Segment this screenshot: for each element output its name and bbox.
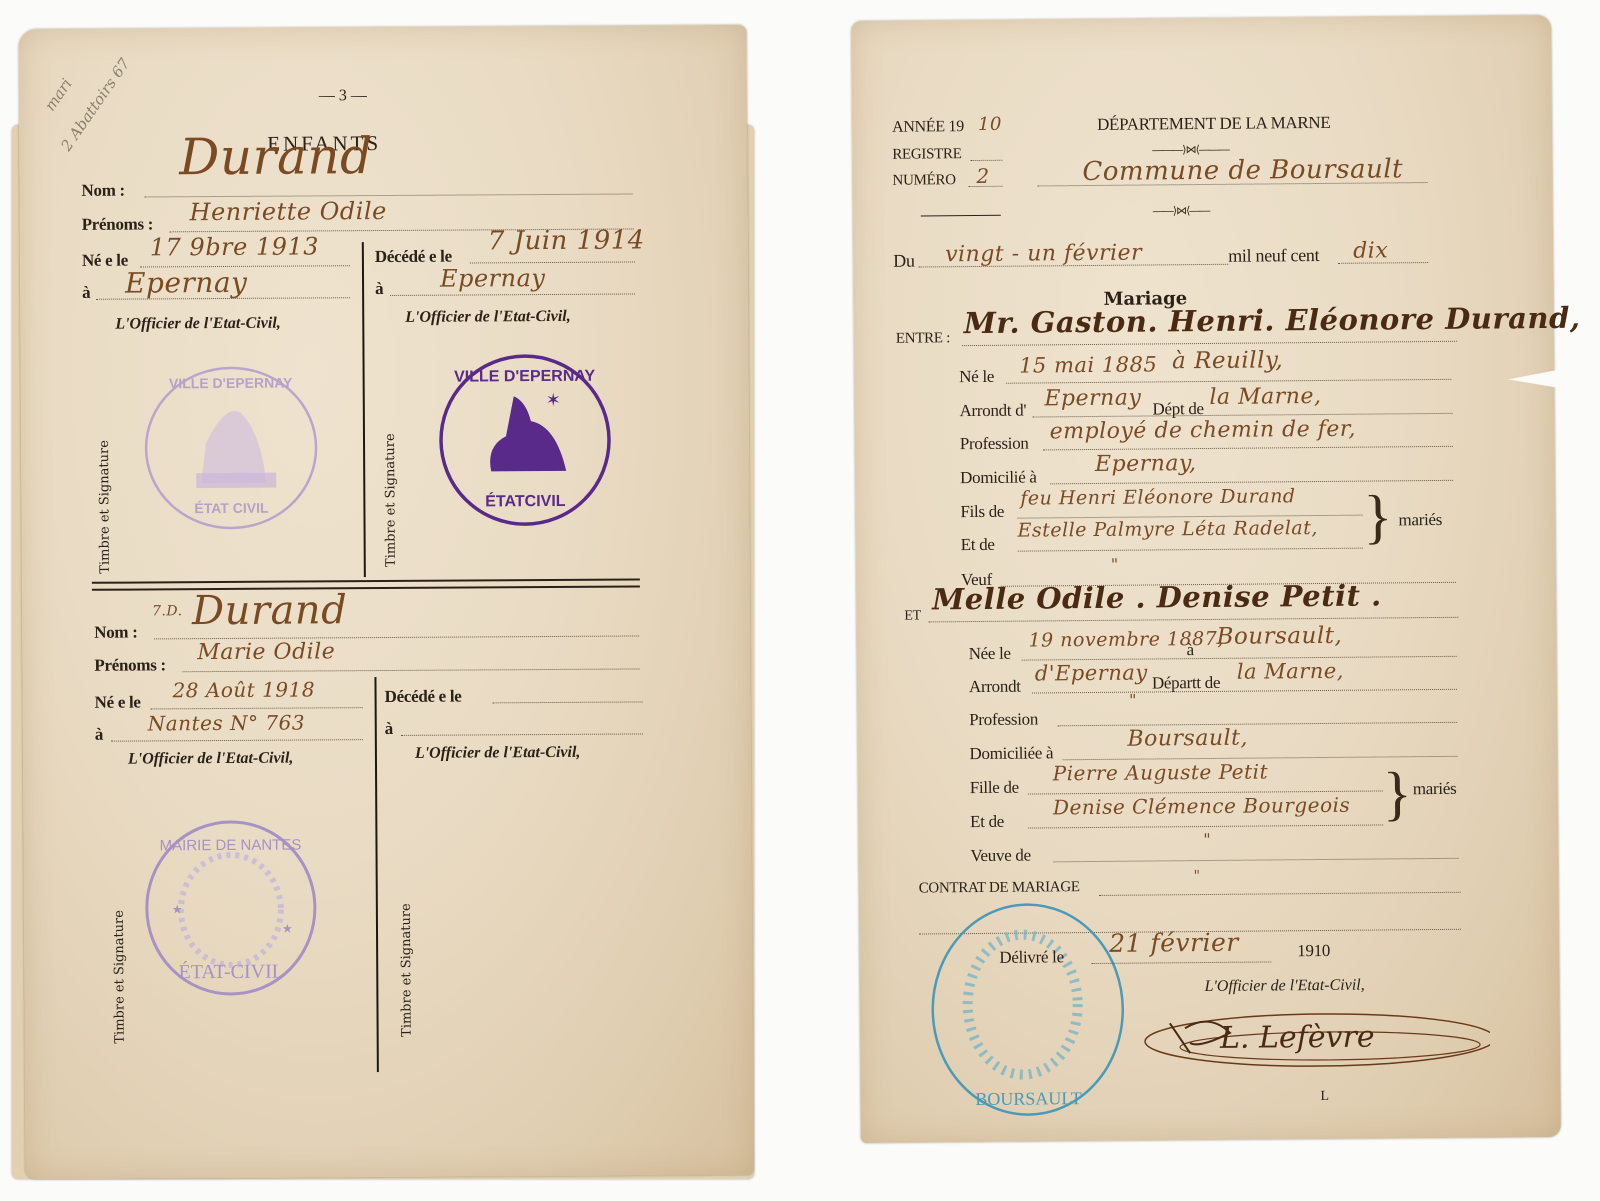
decede-le-line: [470, 261, 635, 263]
svg-text:VILLE D'EPERNAY: VILLE D'EPERNAY: [454, 368, 595, 386]
ville-epernay-stamp: ✶ ÉTATCIVIL VILLE D'EPERNAY: [435, 351, 614, 530]
separator-top: [92, 578, 640, 583]
delivre-label: Délivré le: [999, 947, 1064, 968]
year-value: dix: [1353, 238, 1388, 263]
officier-label: L'Officier de l'Etat-Civil,: [1204, 977, 1364, 996]
decede-a-line: [401, 733, 643, 735]
brace: }: [1363, 486, 1392, 546]
row-line: [1050, 480, 1453, 485]
officer-signature: L. Lefèvre: [1130, 1001, 1491, 1074]
svg-text:ÉTATCIVIL: ÉTATCIVIL: [485, 491, 566, 510]
mairie-nantes-stamp: ★ ★ MAIRIE DE NANTES ÉTAT-CIVIL: [141, 817, 320, 998]
wife-profession: ": [1129, 691, 1137, 710]
nom-line: [154, 635, 639, 639]
child1-decede-le: 7 Juin 1914: [488, 225, 645, 256]
numero-value: 2: [976, 164, 989, 188]
svg-text:ÉTAT CIVIL: ÉTAT CIVIL: [194, 500, 269, 516]
ne-le-label: Né e le: [95, 693, 141, 713]
wife-name: Melle Odile . Denise Petit .: [932, 578, 1382, 616]
departement-title: DÉPARTEMENT DE LA MARNE: [1097, 113, 1331, 135]
ne-a-line: [111, 739, 363, 742]
ne-a-label: à: [95, 725, 103, 745]
prenoms-label: Prénoms :: [94, 655, 166, 675]
child2-nom: Durand: [192, 587, 347, 634]
contrat-line: [1099, 892, 1461, 896]
timbre-signature-label: Timbre et Signature: [97, 440, 113, 574]
annee-value: 10: [978, 114, 1002, 135]
husband-father: feu Henri Eléonore Durand: [1020, 485, 1295, 509]
wife-et-de-label: Et de: [970, 812, 1004, 832]
decede-le-label: Décédé e le: [385, 687, 462, 707]
husband-domicile-label: Domicilié à: [960, 467, 1037, 488]
husband-arrond: Epernay: [1044, 386, 1141, 412]
decede-le-line: [493, 701, 643, 703]
husband-ne-le: 15 mai 1885: [1019, 352, 1157, 377]
officier-label: L'Officier de l'Etat-Civil,: [405, 308, 571, 327]
wife-name-line: [928, 617, 1458, 623]
child2-nom-prefix: 7.D.: [152, 603, 183, 619]
wife-nee-le-label: Née le: [969, 644, 1011, 664]
delivre-date: 21 février: [1109, 928, 1239, 958]
officier-label: L'Officier de l'Etat-Civil,: [128, 750, 294, 769]
husband-maries: mariés: [1398, 510, 1442, 530]
nom-line: [145, 193, 633, 197]
wife-fille-de-label: Fille de: [970, 778, 1019, 798]
row-line: [1006, 379, 1451, 384]
numero-label: NUMÉRO: [892, 172, 955, 190]
wife-domicile-label: Domiciliée à: [969, 743, 1053, 764]
decede-a-label: à: [385, 719, 393, 739]
row-line: [1057, 722, 1457, 726]
child1-ne-le: 17 9bre 1913: [150, 232, 319, 261]
husband-dept-label: Dépt de: [1152, 399, 1203, 419]
ville-epernay-stamp-faint: ÉTAT CIVIL VILLE D'EPERNAY: [141, 362, 322, 533]
wife-nee-le: 19 novembre 1887,: [1028, 628, 1223, 652]
svg-text:ÉTAT-CIVIL: ÉTAT-CIVIL: [178, 960, 284, 984]
husband-veuf: ": [1111, 555, 1119, 574]
column-divider: [374, 677, 378, 1072]
row-line: [1043, 446, 1453, 451]
wife-maries: mariés: [1413, 779, 1457, 799]
child1-prenoms: Henriette Odile: [190, 197, 387, 226]
wife-arrond-label: Arrondt: [969, 677, 1021, 697]
pencil-note-line-1: mari: [41, 75, 76, 114]
bottom-mark: L: [1320, 1089, 1329, 1105]
contrat-value: ": [1194, 868, 1201, 884]
year-label: mil neuf cent: [1228, 245, 1319, 267]
ornament-bottom: ——⟩⋈⟨——: [1153, 204, 1210, 217]
pencil-note-line-2: 2 Abattoirs 67: [57, 55, 133, 154]
ornament-top: ———⟩⋈⟨———: [1152, 143, 1229, 157]
ne-a-label: à: [82, 283, 90, 303]
row-line: [1028, 824, 1383, 828]
svg-text:VILLE D'EPERNAY: VILLE D'EPERNAY: [169, 375, 293, 392]
left-page-enfants: mari 2 Abattoirs 67 — 3 — ENFANTS Nom : …: [18, 25, 753, 1179]
column-divider: [362, 242, 366, 577]
husband-name-line: [962, 341, 1457, 346]
numero-underline: [921, 215, 1001, 217]
child1-decede-a: Epernay: [440, 264, 546, 293]
timbre-signature-label: Timbre et Signature: [399, 903, 415, 1037]
husband-ne-a: à Reuilly,: [1172, 347, 1283, 374]
child1-ne-a: Epernay: [125, 266, 248, 300]
commune-name: Commune de Boursault: [1082, 154, 1403, 187]
svg-text:★: ★: [172, 902, 183, 916]
registre-line: [970, 160, 1002, 161]
row-line: [1018, 548, 1363, 552]
wife-dept: la Marne,: [1237, 659, 1344, 684]
husband-dept: la Marne,: [1209, 384, 1321, 410]
child2-prenoms: Marie Odile: [197, 639, 335, 665]
annee-label: ANNÉE 19: [892, 118, 964, 137]
prenoms-line: [182, 668, 639, 672]
page-number: — 3 —: [319, 87, 367, 105]
date-day-month: vingt - un février: [945, 241, 1142, 268]
child2-ne-le: 28 Août 1918: [172, 677, 315, 702]
husband-profession: employé de chemin de fer,: [1050, 417, 1356, 445]
nom-label: Nom :: [94, 623, 137, 643]
numero-line: [969, 186, 1003, 187]
prenoms-label: Prénoms :: [82, 214, 154, 234]
registre-label: REGISTRE: [892, 146, 961, 164]
delivre-line: [1091, 961, 1271, 964]
ne-le-line: [151, 707, 363, 709]
wife-domicile: Boursault,: [1127, 726, 1248, 752]
husband-arrond-label: Arrondt d': [959, 401, 1026, 422]
wife-dept-label: Départt de: [1152, 673, 1220, 694]
wife-arrond: d'Epernay: [1035, 661, 1148, 686]
husband-ne-le-label: Né le: [959, 367, 994, 387]
child1-nom: Durand: [179, 127, 373, 186]
wife-veuve-label: Veuve de: [970, 846, 1031, 867]
wife-profession-label: Profession: [969, 709, 1038, 730]
timbre-signature-label: Timbre et Signature: [112, 910, 128, 1044]
separator-bottom: [92, 585, 640, 590]
husband-domicile: Epernay,: [1095, 451, 1197, 477]
svg-text:L. Lefèvre: L. Lefèvre: [1219, 1020, 1375, 1056]
husband-name: Mr. Gaston. Henri. Eléonore Durand,: [964, 301, 1581, 340]
decede-a-line: [390, 293, 635, 295]
torn-notch: [1508, 370, 1558, 388]
ne-le-label: Né e le: [82, 251, 128, 271]
wife-mother: Denise Clémence Bourgeois: [1053, 793, 1350, 820]
et-label: ET: [904, 608, 921, 624]
delivre-year: 1910: [1297, 941, 1330, 961]
row-line: [1032, 689, 1457, 694]
officier-label: L'Officier de l'Etat-Civil,: [415, 744, 581, 763]
husband-et-de-label: Et de: [961, 535, 995, 555]
boursault-stamp: BOURSAULT: [927, 899, 1129, 1121]
entre-label: ENTRE :: [896, 330, 950, 347]
svg-text:★: ★: [282, 922, 293, 936]
wife-nee-a-label: à: [1187, 640, 1194, 660]
du-label: Du: [893, 251, 915, 272]
husband-fils-de-label: Fils de: [960, 502, 1004, 522]
wife-nee-a: Boursault,: [1216, 623, 1342, 650]
child2-ne-a: Nantes N° 763: [148, 710, 305, 735]
timbre-signature-label: Timbre et Signature: [383, 433, 399, 567]
wife-veuve: ": [1203, 830, 1211, 849]
husband-mother: Estelle Palmyre Léta Radelat,: [1017, 517, 1317, 542]
contrat-label: CONTRAT DE MARIAGE: [919, 879, 1080, 897]
brace: }: [1383, 763, 1412, 823]
husband-profession-label: Profession: [960, 434, 1029, 455]
row-line: [1053, 858, 1458, 863]
svg-text:✶: ✶: [546, 390, 561, 410]
svg-text:BOURSAULT: BOURSAULT: [975, 1088, 1082, 1109]
wife-father: Pierre Auguste Petit: [1053, 759, 1269, 785]
officier-label: L'Officier de l'Etat-Civil,: [115, 315, 281, 334]
decede-a-label: à: [375, 279, 383, 299]
right-page-mariage: ANNÉE 19 10 REGISTRE NUMÉRO 2 DÉPARTEMEN…: [851, 15, 1561, 1143]
nom-label: Nom :: [81, 181, 124, 201]
svg-text:MAIRIE DE NANTES: MAIRIE DE NANTES: [160, 837, 302, 855]
